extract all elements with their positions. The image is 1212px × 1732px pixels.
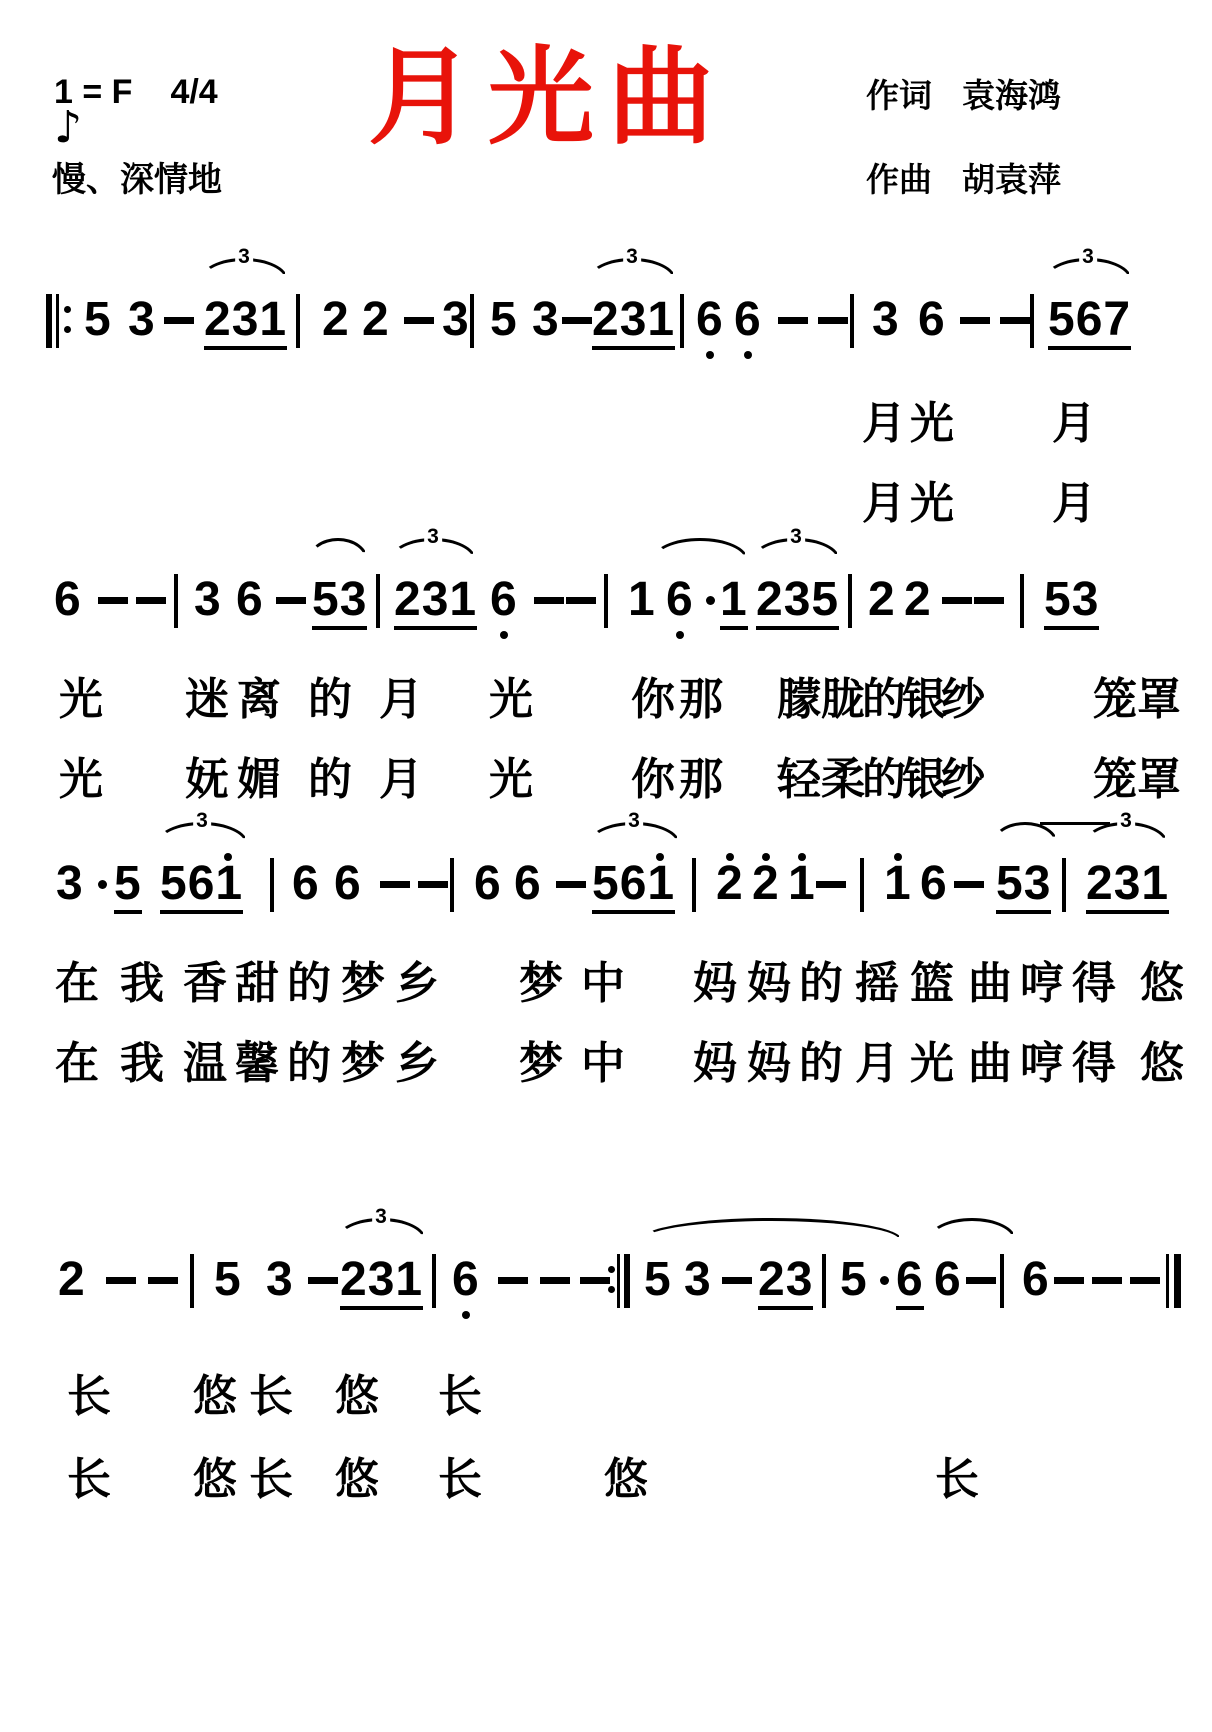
repeat-dot <box>608 1286 615 1293</box>
note-3: 3 <box>56 860 84 908</box>
slur <box>640 1218 902 1240</box>
bar-stroke <box>1062 858 1066 912</box>
lyric-syllable: 长 <box>67 1458 111 1502</box>
note-567: 567 <box>1048 296 1131 350</box>
tuplet-number: 3 <box>235 246 253 267</box>
lyric-syllable: 离 <box>237 678 281 722</box>
dash-extension <box>1000 317 1030 324</box>
note-5: 5 <box>114 860 142 914</box>
slur <box>308 538 368 560</box>
note-2: 2 <box>904 576 932 624</box>
lyric-syllable: 光 <box>59 758 103 802</box>
lyric-syllable: 妈 <box>693 1042 737 1086</box>
lyric-syllable: 媚 <box>237 758 281 802</box>
note-1: 1 <box>884 860 912 908</box>
bar-stroke <box>174 574 178 628</box>
tuplet-number: 3 <box>372 1206 390 1227</box>
repeat-dot <box>608 1266 615 1273</box>
slur <box>928 1218 1016 1240</box>
eighth-note-icon: ♪ <box>54 106 82 150</box>
bar-stroke <box>680 294 684 348</box>
lyric-syllable: 长 <box>935 1458 979 1502</box>
bar-stroke <box>450 858 454 912</box>
lyric-syllable: 乡 <box>395 962 439 1006</box>
dash-extension <box>540 1277 570 1284</box>
dash-extension <box>816 881 846 888</box>
repeat-dot <box>64 306 71 313</box>
note-6: 6 <box>666 576 694 624</box>
dash-extension <box>942 597 972 604</box>
bar-stroke <box>850 294 854 348</box>
lyric-syllable: 月 <box>862 482 906 526</box>
dash-extension <box>818 317 848 324</box>
note-235: 235 <box>756 576 839 630</box>
lyric-syllable: 笼 <box>1093 678 1137 722</box>
note-6: 6 <box>514 860 542 908</box>
lyric-syllable: 悠 <box>193 1458 237 1502</box>
augmentation-dot <box>706 596 715 605</box>
lyric-syllable: 的 <box>308 758 352 802</box>
tuplet-number: 3 <box>623 246 641 267</box>
note-5: 5 <box>84 296 112 344</box>
dash-extension <box>1054 1277 1084 1284</box>
lyric-syllable: 长 <box>438 1375 482 1419</box>
note-6: 6 <box>236 576 264 624</box>
lyric-syllable: 的 <box>287 1042 331 1086</box>
note-2: 2 <box>752 860 780 908</box>
lyric-syllable: 得 <box>1072 962 1116 1006</box>
lyric-syllable: 光 <box>910 1042 954 1086</box>
note-231: 231 <box>1086 860 1169 914</box>
bar-stroke <box>692 858 696 912</box>
octave-dot-high <box>224 853 232 861</box>
lyric-syllable: 梦 <box>519 962 563 1006</box>
note-53: 53 <box>312 576 367 630</box>
lyric-syllable: 银 <box>902 678 946 722</box>
lyric-syllable: 悠 <box>604 1458 648 1502</box>
dash-extension <box>1092 1277 1122 1284</box>
lyric-syllable: 银 <box>902 758 946 802</box>
note-6: 6 <box>1022 1256 1050 1304</box>
bar-stroke <box>822 1254 826 1308</box>
bar-stroke <box>1000 1254 1004 1308</box>
note-5: 5 <box>644 1256 672 1304</box>
note-3: 3 <box>266 1256 294 1304</box>
lyric-syllable: 中 <box>581 962 625 1006</box>
slur: 3 <box>752 538 840 560</box>
note-3: 3 <box>128 296 156 344</box>
lyric-syllable: 的 <box>799 962 843 1006</box>
note-5: 5 <box>840 1256 868 1304</box>
lyric-syllable: 月 <box>1052 482 1096 526</box>
lyric-syllable: 哼 <box>1020 962 1064 1006</box>
note-3: 3 <box>194 576 222 624</box>
bar-stroke <box>270 858 274 912</box>
lyric-syllable: 你 <box>631 758 675 802</box>
composer-name: 胡袁萍 <box>962 161 1061 198</box>
lyric-syllable: 的 <box>862 758 906 802</box>
lyric-syllable: 悠 <box>1140 1042 1184 1086</box>
dash-extension <box>960 317 990 324</box>
lyric-syllable: 篮 <box>910 962 954 1006</box>
note-1: 1 <box>788 860 816 908</box>
lyric-syllable: 我 <box>120 1042 164 1086</box>
composer-credit: 作曲胡袁萍 <box>866 160 1061 200</box>
octave-dot-low <box>706 351 714 359</box>
tie-line <box>1040 822 1110 825</box>
lyric-syllable: 乡 <box>395 1042 439 1086</box>
octave-dot-low <box>676 631 684 639</box>
lyric-syllable: 梦 <box>519 1042 563 1086</box>
lyricist-name: 袁海鸿 <box>962 77 1061 114</box>
bar-stroke <box>848 574 852 628</box>
lyric-syllable: 梦 <box>341 1042 385 1086</box>
lyric-syllable: 那 <box>679 678 723 722</box>
bar-stroke <box>604 574 608 628</box>
dash-extension <box>404 317 434 324</box>
dash-extension <box>966 1277 996 1284</box>
lyric-syllable: 在 <box>55 962 99 1006</box>
note-6: 6 <box>918 296 946 344</box>
note-2: 2 <box>716 860 744 908</box>
note-6: 6 <box>54 576 82 624</box>
slur <box>992 822 1058 844</box>
lyric-syllable: 月 <box>1052 402 1096 446</box>
dash-extension <box>1130 1277 1160 1284</box>
lyric-syllable: 妩 <box>185 758 229 802</box>
dash-extension <box>722 1277 752 1284</box>
lyric-syllable: 悠 <box>193 1375 237 1419</box>
bar-stroke <box>1174 1254 1181 1308</box>
bar-stroke <box>470 294 474 348</box>
tuplet-number: 3 <box>193 810 211 831</box>
slur: 3 <box>1044 258 1132 280</box>
note-23: 23 <box>758 1256 813 1310</box>
bar-stroke <box>432 1254 436 1308</box>
note-2: 2 <box>322 296 350 344</box>
lyric-syllable: 的 <box>308 678 352 722</box>
octave-dot-low <box>744 351 752 359</box>
lyric-syllable: 纱 <box>941 758 985 802</box>
time-signature: 4/4 <box>170 73 217 111</box>
dash-extension <box>562 317 592 324</box>
slur: 3 <box>156 822 248 844</box>
octave-dot-high <box>798 853 806 861</box>
note-3: 3 <box>872 296 900 344</box>
bar-stroke <box>190 1254 194 1308</box>
lyric-syllable: 妈 <box>693 962 737 1006</box>
lyric-syllable: 你 <box>631 678 675 722</box>
lyric-syllable: 胧 <box>821 678 865 722</box>
note-231: 231 <box>340 1256 423 1310</box>
dash-extension <box>974 597 1004 604</box>
lyric-syllable: 柔 <box>821 758 865 802</box>
tuplet-number: 3 <box>1117 810 1135 831</box>
lyric-syllable: 曲 <box>968 962 1012 1006</box>
slur <box>652 538 748 560</box>
dash-extension <box>164 317 194 324</box>
lyric-syllable: 罩 <box>1137 678 1181 722</box>
lyric-syllable: 光 <box>910 482 954 526</box>
lyric-syllable: 长 <box>249 1375 293 1419</box>
octave-dot-high <box>894 853 902 861</box>
lyric-syllable: 中 <box>581 1042 625 1086</box>
note-561: 561 <box>160 860 243 914</box>
note-231: 231 <box>394 576 477 630</box>
bar-stroke <box>1020 574 1024 628</box>
note-6: 6 <box>734 296 762 344</box>
slur: 3 <box>200 258 288 280</box>
note-1: 1 <box>720 576 748 630</box>
augmentation-dot <box>98 880 107 889</box>
octave-dot-low <box>500 631 508 639</box>
note-6: 6 <box>696 296 724 344</box>
lyricist-label: 作词 <box>866 77 932 114</box>
dash-extension <box>276 597 306 604</box>
lyric-syllable: 那 <box>679 758 723 802</box>
note-53: 53 <box>996 860 1051 914</box>
octave-dot-low <box>462 1311 470 1319</box>
augmentation-dot <box>880 1276 889 1285</box>
lyric-syllable: 长 <box>67 1375 111 1419</box>
note-1: 1 <box>628 576 656 624</box>
lyric-syllable: 温 <box>183 1042 227 1086</box>
dash-extension <box>418 881 448 888</box>
note-6: 6 <box>490 576 518 624</box>
lyric-syllable: 梦 <box>341 962 385 1006</box>
lyric-syllable: 月 <box>379 678 423 722</box>
lyric-syllable: 光 <box>489 758 533 802</box>
slur: 3 <box>588 822 680 844</box>
note-5: 5 <box>490 296 518 344</box>
note-6: 6 <box>334 860 362 908</box>
lyric-syllable: 得 <box>1072 1042 1116 1086</box>
sheet-music-page: 1 = F4/4 ♪ 慢、深情地 月光曲 作词袁海鸿 作曲胡袁萍 5323122… <box>0 0 1212 1732</box>
dash-extension <box>308 1277 338 1284</box>
note-2: 2 <box>868 576 896 624</box>
lyric-syllable: 迷 <box>185 678 229 722</box>
lyric-syllable: 纱 <box>941 678 985 722</box>
dash-extension <box>136 597 166 604</box>
lyric-syllable: 悠 <box>335 1458 379 1502</box>
dash-extension <box>534 597 564 604</box>
lyric-syllable: 在 <box>55 1042 99 1086</box>
slur: 3 <box>336 1218 426 1240</box>
bar-stroke <box>56 294 59 348</box>
lyric-syllable: 长 <box>249 1458 293 1502</box>
dash-extension <box>98 597 128 604</box>
bar-stroke <box>376 574 380 628</box>
octave-dot-high <box>656 853 664 861</box>
bar-stroke <box>46 294 52 348</box>
dash-extension <box>148 1277 178 1284</box>
lyric-syllable: 月 <box>862 402 906 446</box>
bar-stroke <box>296 294 300 348</box>
lyric-syllable: 哼 <box>1020 1042 1064 1086</box>
note-53: 53 <box>1044 576 1099 630</box>
lyric-syllable: 朦 <box>777 678 821 722</box>
bar-stroke <box>624 1254 630 1308</box>
tuplet-number: 3 <box>1079 246 1097 267</box>
note-2: 2 <box>362 296 390 344</box>
bar-stroke <box>860 858 864 912</box>
slur: 3 <box>1084 822 1168 844</box>
note-3: 3 <box>442 296 470 344</box>
note-6: 6 <box>934 1256 962 1304</box>
lyric-syllable: 悠 <box>1140 962 1184 1006</box>
octave-dot-high <box>762 853 770 861</box>
lyric-syllable: 妈 <box>747 1042 791 1086</box>
note-6: 6 <box>452 1256 480 1304</box>
bar-stroke <box>1166 1254 1169 1308</box>
lyric-syllable: 妈 <box>747 962 791 1006</box>
note-3: 3 <box>532 296 560 344</box>
lyric-syllable: 甜 <box>235 962 279 1006</box>
note-6: 6 <box>896 1256 924 1310</box>
note-561: 561 <box>592 860 675 914</box>
tempo-marking: 慢、深情地 <box>52 160 222 201</box>
octave-dot-high <box>726 853 734 861</box>
note-6: 6 <box>292 860 320 908</box>
lyric-syllable: 长 <box>438 1458 482 1502</box>
note-5: 5 <box>214 1256 242 1304</box>
lyric-syllable: 罩 <box>1137 758 1181 802</box>
lyric-syllable: 馨 <box>235 1042 279 1086</box>
note-231: 231 <box>592 296 675 350</box>
dash-extension <box>580 1277 610 1284</box>
lyric-syllable: 笼 <box>1093 758 1137 802</box>
lyric-syllable: 月 <box>855 1042 899 1086</box>
lyric-syllable: 我 <box>120 962 164 1006</box>
slur: 3 <box>588 258 676 280</box>
song-title: 月光曲 <box>368 40 728 157</box>
bar-stroke <box>617 1254 620 1308</box>
lyric-syllable: 月 <box>379 758 423 802</box>
bar-stroke <box>1030 294 1034 348</box>
note-6: 6 <box>920 860 948 908</box>
lyric-syllable: 曲 <box>968 1042 1012 1086</box>
slur: 3 <box>390 538 476 560</box>
lyric-syllable: 的 <box>287 962 331 1006</box>
note-2: 2 <box>58 1256 86 1304</box>
note-3: 3 <box>684 1256 712 1304</box>
note-231: 231 <box>204 296 287 350</box>
dash-extension <box>954 881 984 888</box>
lyric-syllable: 的 <box>862 678 906 722</box>
lyric-syllable: 悠 <box>335 1375 379 1419</box>
dash-extension <box>566 597 596 604</box>
tuplet-number: 3 <box>625 810 643 831</box>
lyric-syllable: 轻 <box>777 758 821 802</box>
repeat-dot <box>64 326 71 333</box>
tuplet-number: 3 <box>787 526 805 547</box>
dash-extension <box>556 881 586 888</box>
lyric-syllable: 光 <box>59 678 103 722</box>
dash-extension <box>106 1277 136 1284</box>
tuplet-number: 3 <box>424 526 442 547</box>
lyric-syllable: 香 <box>183 962 227 1006</box>
lyricist-credit: 作词袁海鸿 <box>866 76 1061 116</box>
lyric-syllable: 光 <box>910 402 954 446</box>
note-6: 6 <box>474 860 502 908</box>
dash-extension <box>380 881 410 888</box>
dash-extension <box>778 317 808 324</box>
dash-extension <box>498 1277 528 1284</box>
lyric-syllable: 的 <box>799 1042 843 1086</box>
lyric-syllable: 摇 <box>855 962 899 1006</box>
lyric-syllable: 光 <box>489 678 533 722</box>
composer-label: 作曲 <box>866 161 932 198</box>
